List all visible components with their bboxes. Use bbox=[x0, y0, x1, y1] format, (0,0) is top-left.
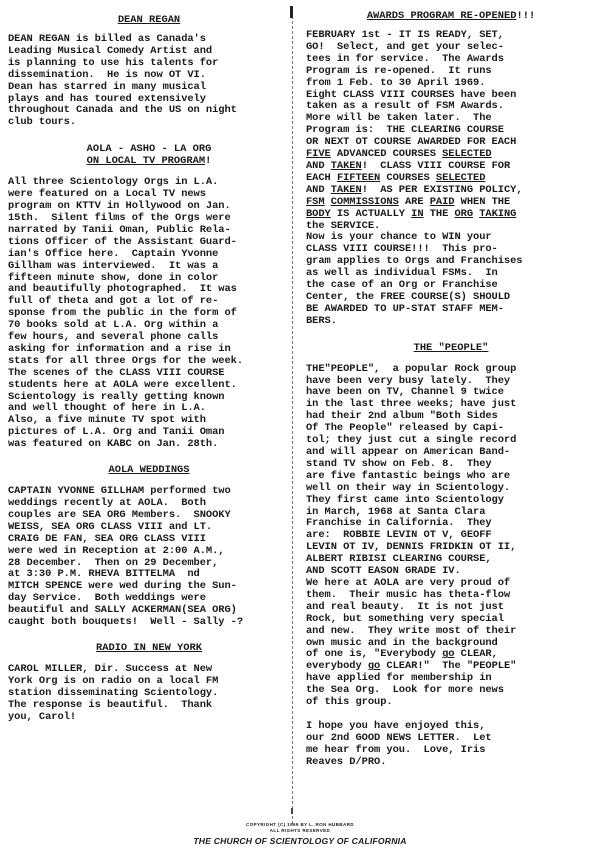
heading-tv-program-line1: AOLA - ASHO - LA ORG bbox=[8, 143, 290, 155]
article-the-people-quote: of one is, "Everybody go CLEAR,everybody… bbox=[306, 649, 596, 673]
closing-note: I hope you have enjoyed this, our 2nd GO… bbox=[306, 721, 596, 769]
text-segment: WHEN THE bbox=[454, 196, 510, 208]
heading-the-people: THE "PEOPLE" bbox=[306, 342, 596, 354]
underlined-text: go bbox=[368, 660, 380, 672]
article-the-people-end: have applied for membership in the Sea O… bbox=[306, 673, 596, 709]
underlined-text: SELECTED bbox=[436, 172, 485, 184]
underlined-text: TAKEN bbox=[331, 160, 362, 172]
heading-tv-program-line2: ON LOCAL TV PROGRAM! bbox=[8, 155, 290, 167]
underlined-text: FIFTEEN bbox=[337, 172, 380, 184]
underlined-text: SELECTED bbox=[442, 148, 491, 160]
copyright-line-2: ALL RIGHTS RESERVED bbox=[0, 828, 600, 834]
heading-aola-weddings: AOLA WEDDINGS bbox=[8, 464, 290, 476]
article-tv-program: All three Scientology Orgs in L.A. were … bbox=[8, 177, 290, 451]
article-radio-new-york: CAROL MILLER, Dir. Success at New York O… bbox=[8, 664, 290, 724]
article-awards-outro: Now is your chance to WIN your CLASS VII… bbox=[306, 232, 596, 327]
underlined-text: FSM bbox=[306, 196, 325, 208]
underlined-text: BODY bbox=[306, 208, 331, 220]
text-segment: AND bbox=[306, 160, 331, 172]
text-segment: THE bbox=[424, 208, 455, 220]
article-dean-regan: DEAN REGAN is billed as Canada's Leading… bbox=[8, 34, 290, 129]
heading-dean-regan: DEAN REGAN bbox=[8, 14, 290, 26]
heading-awards-program-text: AWARDS PROGRAM RE-OPENED bbox=[367, 10, 517, 22]
underlined-text: FIVE bbox=[306, 148, 331, 160]
text-segment: of one is, "Everybody bbox=[306, 648, 442, 660]
left-column: DEAN REGAN DEAN REGAN is billed as Canad… bbox=[8, 0, 290, 724]
text-segment: CLEAR, bbox=[454, 648, 497, 660]
divider-mark-bottom bbox=[291, 808, 293, 814]
divider-mark-top bbox=[290, 6, 293, 18]
text-segment: everybody bbox=[306, 660, 368, 672]
text-segment: EACH bbox=[306, 172, 337, 184]
heading-tv-program-text: ON LOCAL TV PROGRAM bbox=[87, 155, 205, 167]
heading-awards-program: AWARDS PROGRAM RE-OPENED!!! bbox=[306, 10, 596, 22]
underlined-text: COMMISSIONS bbox=[331, 196, 399, 208]
text-segment: ADVANCED COURSES bbox=[331, 148, 442, 160]
text-segment: COURSES bbox=[380, 172, 436, 184]
heading-radio-new-york: RADIO IN NEW YORK bbox=[8, 642, 290, 654]
text-segment: IS ACTUALLY bbox=[331, 208, 411, 220]
underlined-text: IN bbox=[411, 208, 423, 220]
article-awards-policy: FIVE ADVANCED COURSES SELECTEDAND TAKEN!… bbox=[306, 149, 596, 232]
text-segment: AND bbox=[306, 184, 331, 196]
organization-name: THE CHURCH OF SCIENTOLOGY OF CALIFORNIA bbox=[0, 836, 600, 846]
right-column: AWARDS PROGRAM RE-OPENED!!! FEBRUARY 1st… bbox=[306, 0, 596, 769]
text-segment: CLEAR!" The "PEOPLE" bbox=[380, 660, 516, 672]
article-aola-weddings: CAPTAIN YVONNE GILLHAM performed two wed… bbox=[8, 486, 290, 629]
text-segment: the SERVICE. bbox=[306, 220, 380, 232]
underlined-text: ORG bbox=[454, 208, 473, 220]
text-segment: ARE bbox=[399, 196, 430, 208]
heading-awards-program-suffix: !!! bbox=[516, 10, 535, 22]
underlined-text: PAID bbox=[430, 196, 455, 208]
heading-tv-program-suffix: ! bbox=[205, 155, 211, 167]
page-footer: COPYRIGHT (C) 1969 BY L. RON HUBBARD ALL… bbox=[0, 822, 600, 846]
text-segment: ! AS PER EXISTING POLICY, bbox=[362, 184, 523, 196]
column-divider bbox=[292, 6, 293, 826]
article-the-people: THE"PEOPLE", a popular Rock group have b… bbox=[306, 364, 596, 650]
underlined-text: TAKEN bbox=[331, 184, 362, 196]
underlined-text: TAKING bbox=[479, 208, 516, 220]
article-awards-intro: FEBRUARY 1st - IT IS READY, SET, GO! Sel… bbox=[306, 30, 596, 149]
underlined-text: go bbox=[442, 648, 454, 660]
text-segment: ! CLASS VIII COURSE FOR bbox=[362, 160, 510, 172]
